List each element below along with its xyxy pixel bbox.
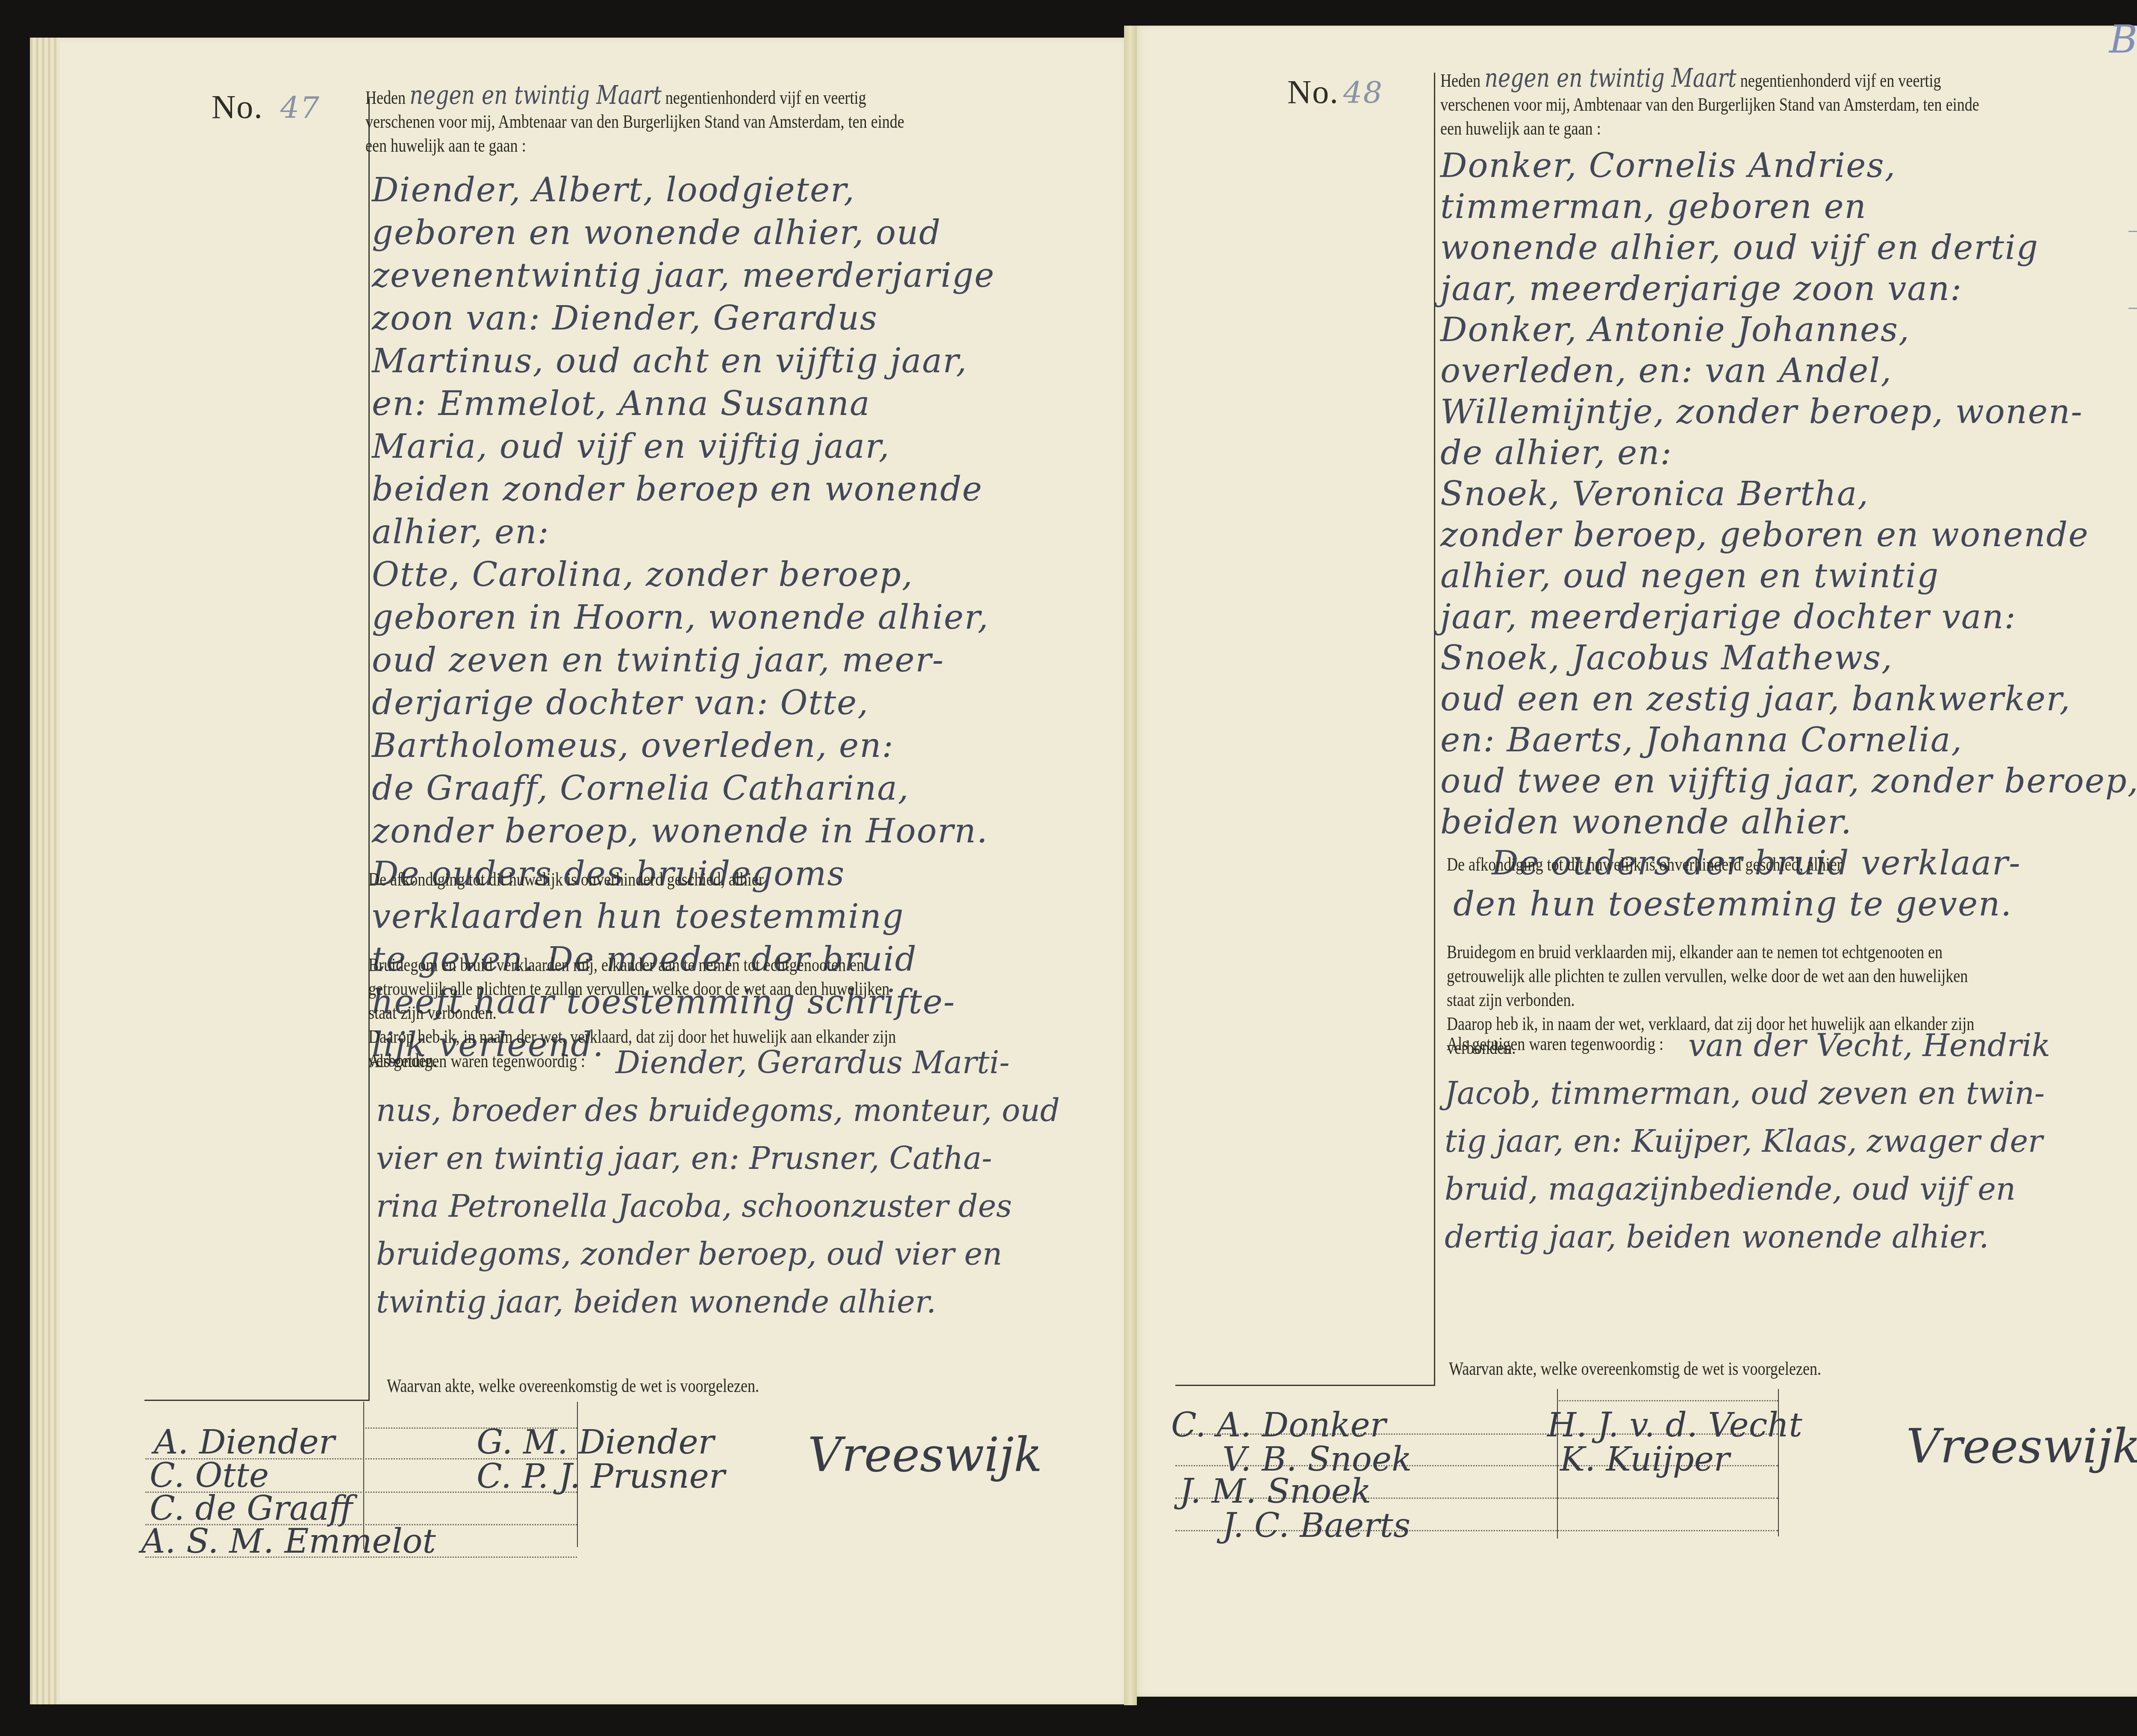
- body-line: zoon van: Diender, Gerardus: [372, 297, 995, 340]
- entry-number-label: No.: [212, 88, 263, 125]
- witness-line: Diender, Gerardus Marti-: [376, 1039, 1060, 1086]
- witnesses-handwritten: Diender, Gerardus Marti- nus, broeder de…: [376, 1039, 1060, 1326]
- body-line: Willemijntje, zonder beroep, wonen-: [1440, 391, 2137, 433]
- body-line: oud zeven en twintig jaar, meer-: [372, 639, 995, 682]
- signature-official: Vreeswijk: [1906, 1419, 2137, 1474]
- witness-line: bruid, magazijnbediende, oud vijf en: [1445, 1165, 2050, 1213]
- body-line: Donker, Antonie Johannes,: [1440, 309, 2137, 350]
- body-line: zonder beroep, wonende in Hoorn.: [372, 810, 995, 853]
- witness-line: bruidegoms, zonder beroep, oud vier en: [376, 1230, 1060, 1278]
- closing-text: Waarvan akte, welke overeenkomstig de we…: [1449, 1357, 1821, 1381]
- body-line: Martinus, oud acht en vijftig jaar,: [372, 340, 995, 383]
- body-line: en: Emmelot, Anna Susanna: [372, 383, 995, 425]
- entry-number-value: 47: [280, 90, 320, 125]
- signature-line: [1557, 1400, 1778, 1401]
- heading-line-3: een huwelijk aan te gaan :: [365, 134, 904, 158]
- book-gutter: [1124, 26, 1137, 1705]
- body-line: geboren in Hoorn, wonende alhier,: [372, 596, 995, 639]
- witness-line: van der Vecht, Hendrik: [1445, 1021, 2050, 1069]
- entry-number: No.48: [1287, 73, 1383, 111]
- witness-line: twintig jaar, beiden wonende alhier.: [376, 1278, 1060, 1326]
- margin-rule-foot: [144, 1400, 370, 1401]
- signature-witness-1: G. M. Diender: [477, 1423, 714, 1462]
- margin-rule: [368, 98, 370, 1400]
- signature-groom: C. A. Donker: [1171, 1406, 1386, 1445]
- entry-number-label: No.: [1287, 73, 1339, 110]
- entry-body-handwritten: Diender, Albert, loodgieter, geboren en …: [372, 169, 995, 1066]
- body-line: de Graaff, Cornelia Catharina,: [372, 767, 995, 810]
- body-line: zonder beroep, geboren en wonende: [1440, 515, 2137, 556]
- left-page-edges: [30, 38, 60, 1704]
- signature-groom: A. Diender: [154, 1423, 335, 1462]
- body-line: Bartholomeus, overleden, en:: [372, 724, 995, 767]
- body-line: Snoek, Jacobus Mathews,: [1440, 638, 2137, 679]
- filler-line: [2128, 231, 2137, 232]
- heading-year: negentienhonderd vijf en veertig: [1740, 70, 1941, 91]
- witness-line: Jacob, timmerman, oud zeven en twin-: [1445, 1069, 2050, 1117]
- body-line: de alhier, en:: [1440, 433, 2137, 474]
- heading-line-2: verschenen voor mij, Ambtenaar van den B…: [365, 110, 904, 134]
- body-line: alhier, en:: [372, 511, 995, 553]
- witness-line: dertig jaar, beiden wonende alhier.: [1445, 1213, 2050, 1261]
- body-line: oud een en zestig jaar, bankwerker,: [1440, 679, 2137, 720]
- body-line: Donker, Cornelis Andries,: [1440, 145, 2137, 186]
- witness-line: rina Petronella Jacoba, schoonzuster des: [376, 1182, 1060, 1230]
- handwritten-date: negen en twintig Maart: [1484, 63, 1736, 93]
- signature-witness-2: K. Kuijper: [1560, 1440, 1730, 1479]
- witness-line: vier en twintig jaar, en: Prusner, Catha…: [376, 1134, 1060, 1182]
- body-line: geboren en wonende alhier, oud: [372, 212, 995, 254]
- margin-rule-foot: [1175, 1385, 1435, 1386]
- body-line: jaar, meerderjarige dochter van:: [1440, 597, 2137, 638]
- body-line: wonende alhier, oud vijf en dertig: [1440, 227, 2137, 268]
- body-line: zevenentwintig jaar, meerderjarige: [372, 254, 995, 297]
- entry-number-value: 48: [1343, 75, 1383, 110]
- entry-number: No.47: [212, 88, 320, 126]
- entry-heading: Heden negen en twintig Maart negentienho…: [1440, 66, 1979, 141]
- filler-line: [2128, 308, 2137, 309]
- signature-parent: J. C. Baerts: [1222, 1506, 1410, 1545]
- signature-parent: A. S. M. Emmelot: [141, 1522, 436, 1561]
- heading-heden: Heden: [365, 87, 406, 108]
- signature-parent: J. M. Snoek: [1180, 1472, 1371, 1511]
- declaration-line: getrouwelijk alle plichten te zullen ver…: [1447, 964, 1974, 988]
- body-line: alhier, oud negen en twintig: [1440, 556, 2137, 597]
- heading-line-2: verschenen voor mij, Ambtenaar van den B…: [1440, 93, 1979, 117]
- body-line: beiden zonder beroep en wonende: [372, 468, 995, 511]
- margin-rule: [1434, 73, 1435, 1385]
- declaration-line: Bruidegom en bruid verklaarden mij, elka…: [1447, 940, 1974, 964]
- body-line: derjarige dochter van: Otte,: [372, 682, 995, 724]
- afkondiging-text: De afkondiging tot dit huwelijk is onver…: [368, 868, 764, 892]
- body-line: oud twee en vijftig jaar, zonder beroep,: [1440, 761, 2137, 802]
- body-line: timmerman, geboren en: [1440, 186, 2137, 227]
- afkondiging-text: De afkondiging tot dit huwelijk is onver…: [1447, 853, 1842, 877]
- body-line: jaar, meerderjarige zoon van:: [1440, 268, 2137, 309]
- heading-heden: Heden: [1440, 70, 1481, 91]
- signature-witness-1: H. J. v. d. Vecht: [1547, 1406, 1802, 1445]
- declaration-line: getrouwelijk alle plichten te zullen ver…: [368, 977, 896, 1001]
- handwritten-date: negen en twintig Maart: [409, 80, 661, 110]
- pencil-page-mark: B: [2109, 17, 2137, 62]
- closing-text: Waarvan akte, welke overeenkomstig de we…: [387, 1374, 759, 1398]
- body-line: overleden, en: van Andel,: [1440, 350, 2137, 391]
- declaration-line: staat zijn verbonden.: [1447, 988, 1974, 1012]
- declaration-line: staat zijn verbonden.: [368, 1001, 896, 1025]
- body-line: beiden wonende alhier.: [1440, 802, 2137, 843]
- signature-official: Vreeswijk: [808, 1427, 1042, 1482]
- heading-line-3: een huwelijk aan te gaan :: [1440, 117, 1979, 141]
- signature-witness-2: C. P. J. Prusner: [477, 1457, 725, 1496]
- declaration-line: Bruidegom en bruid verklaarden mij, elka…: [368, 953, 896, 977]
- witness-line: nus, broeder des bruidegoms, monteur, ou…: [376, 1086, 1060, 1134]
- body-line: Maria, oud vijf en vijftig jaar,: [372, 425, 995, 468]
- body-line: verklaarden hun toestemming: [372, 895, 995, 938]
- body-line: Otte, Carolina, zonder beroep,: [372, 553, 995, 596]
- body-line: Snoek, Veronica Bertha,: [1440, 474, 2137, 515]
- witnesses-handwritten: van der Vecht, Hendrik Jacob, timmerman,…: [1445, 1021, 2050, 1261]
- body-line: Diender, Albert, loodgieter,: [372, 169, 995, 212]
- heading-year: negentienhonderd vijf en veertig: [665, 87, 866, 108]
- body-line: en: Baerts, Johanna Cornelia,: [1440, 720, 2137, 761]
- entry-body-handwritten: Donker, Cornelis Andries, timmerman, geb…: [1440, 145, 2137, 925]
- witness-line: tig jaar, en: Kuijper, Klaas, zwager der: [1445, 1117, 2050, 1165]
- body-line: den hun toestemming te geven.: [1440, 884, 2137, 925]
- entry-heading: Heden negen en twintig Maart negentienho…: [365, 83, 904, 158]
